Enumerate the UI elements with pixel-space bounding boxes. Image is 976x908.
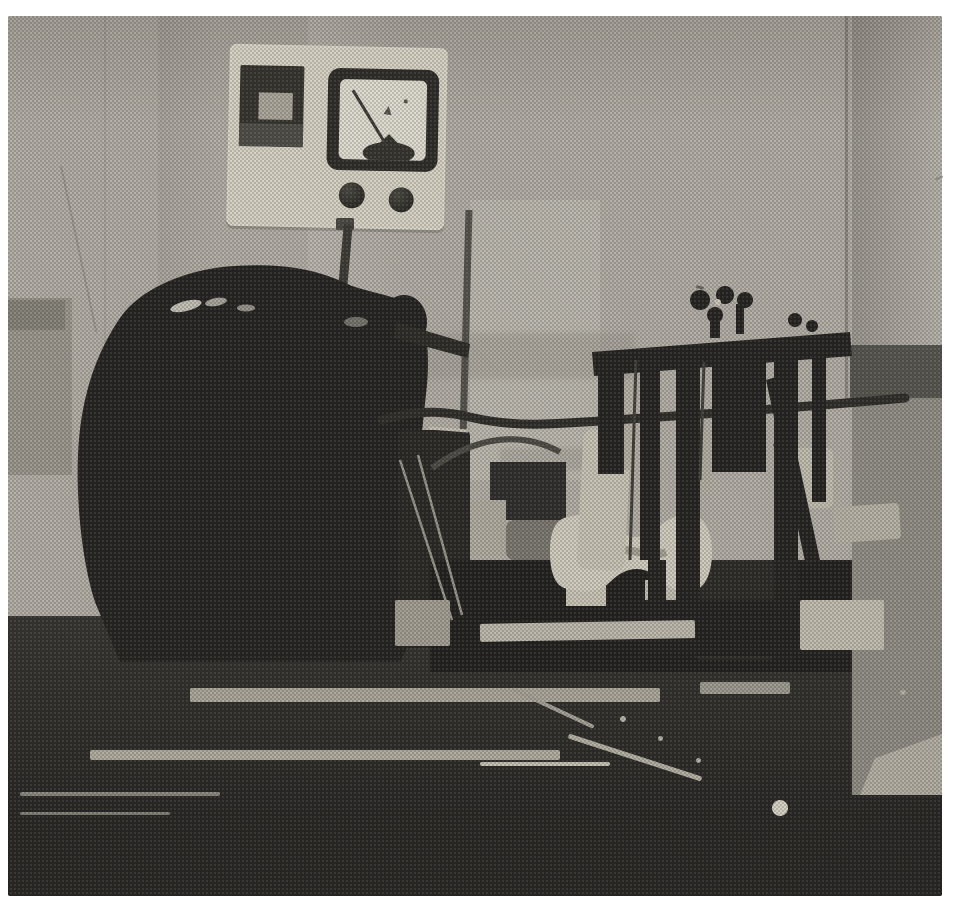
bench-patch-right xyxy=(800,600,884,650)
glint-dot xyxy=(900,690,906,695)
frame-top-knob xyxy=(690,290,710,310)
glint-dot xyxy=(658,736,663,741)
thin-glint xyxy=(20,812,170,815)
bright-patch xyxy=(833,503,901,544)
thin-glint xyxy=(480,762,610,766)
frame-stem xyxy=(710,310,720,338)
bench-patch xyxy=(395,600,450,646)
bench-bright-bar xyxy=(480,620,695,642)
bed-way-streak xyxy=(700,682,790,694)
frame-top-knob xyxy=(788,313,802,327)
bed-way-streak xyxy=(190,688,660,702)
frame-post-wide xyxy=(712,356,766,472)
bed-way-streak xyxy=(90,750,560,760)
collet-block xyxy=(470,500,506,556)
frame-post xyxy=(812,352,826,502)
motor-highlight xyxy=(344,317,368,327)
machinery-art xyxy=(8,16,942,896)
motor-body xyxy=(78,265,428,662)
glint-dot xyxy=(620,716,626,722)
glint-dot xyxy=(696,758,701,763)
frame-post xyxy=(676,362,700,602)
bright-disc xyxy=(772,800,788,816)
frame-stem xyxy=(736,304,744,334)
frame-top-knob xyxy=(806,320,818,332)
page xyxy=(0,0,976,908)
motor-highlight xyxy=(237,305,255,312)
thin-glint xyxy=(20,792,220,796)
frame-post xyxy=(640,360,660,560)
frame-post xyxy=(598,356,624,474)
photograph xyxy=(8,16,942,896)
frame-top-glint xyxy=(715,299,721,305)
